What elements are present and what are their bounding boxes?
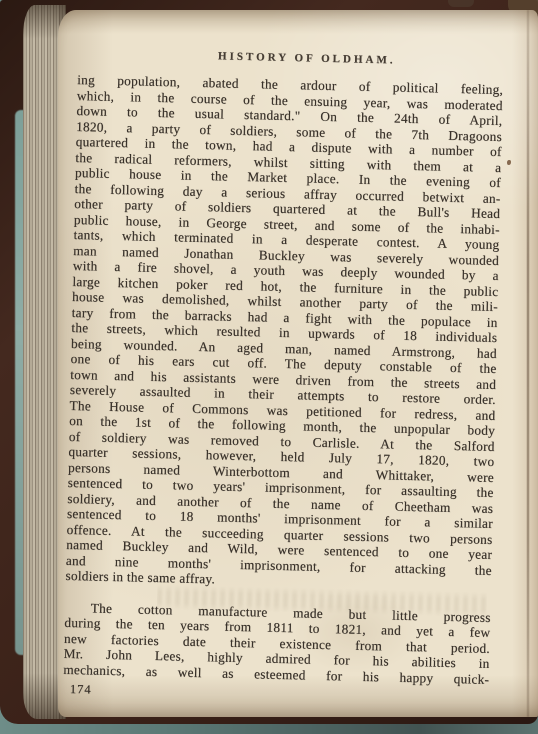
- page-content: HISTORY OF OLDHAM. ing population, abate…: [63, 46, 504, 707]
- page-edge-line: [527, 10, 529, 717]
- ink-speck: [507, 160, 511, 165]
- book-page: HISTORY OF OLDHAM. ing population, abate…: [58, 10, 538, 717]
- cover-edge-fragment: [448, 0, 474, 7]
- paragraph: ing population, abated the ardour of pol…: [65, 72, 503, 593]
- book-photo: HISTORY OF OLDHAM. ing population, abate…: [0, 0, 538, 734]
- running-header: HISTORY OF OLDHAM.: [94, 46, 520, 70]
- page-number: 174: [70, 682, 489, 707]
